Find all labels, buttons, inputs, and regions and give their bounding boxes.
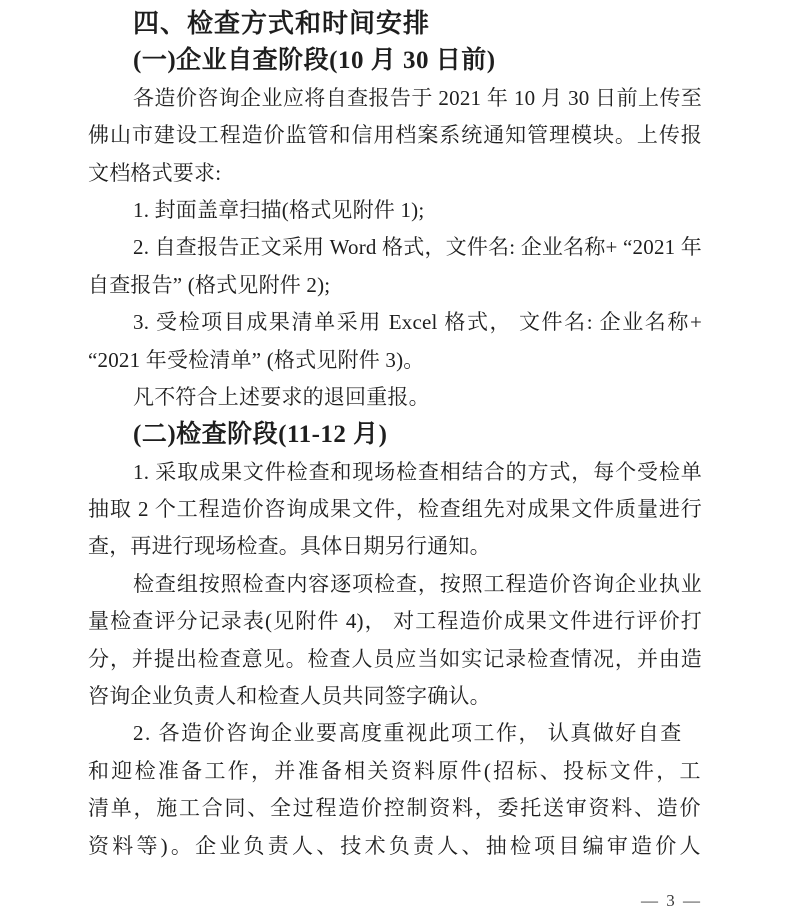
paragraph-line: 量检查评分记录表(见附件 4)， 对工程造价成果文件进行评价打 (88, 603, 702, 640)
paragraph-line: 1. 采取成果文件检查和现场检查相结合的方式，每个受检单位 (88, 454, 702, 491)
document-page: 四、检查方式和时间安排 (一)企业自查阶段(10 月 30 日前) 各造价咨询企… (0, 0, 794, 920)
paragraph-line: 佛山市建设工程造价监管和信用档案系统通知管理模块。上传报送 (88, 117, 702, 154)
document-body: 四、检查方式和时间安排 (一)企业自查阶段(10 月 30 日前) 各造价咨询企… (88, 5, 702, 865)
list-item-2: 2. 自查报告正文采用 Word 格式，文件名: 企业名称+ “2021 年 (88, 229, 702, 266)
paragraph-line: 2. 各造价咨询企业要高度重视此项工作， 认真做好自查 (88, 715, 702, 752)
sub-heading-self-check: (一)企业自查阶段(10 月 30 日前) (88, 42, 702, 79)
paragraph-line: 自查报告” (格式见附件 2); (88, 267, 702, 304)
paragraph-line: 各造价咨询企业应将自查报告于 2021 年 10 月 30 日前上传至 (88, 80, 702, 117)
paragraph-line: 清单，施工合同、全过程造价控制资料，委托送审资料、造价审核 (88, 790, 702, 827)
list-item-1: 1. 封面盖章扫描(格式见附件 1); (88, 192, 702, 229)
paragraph-line: 检查组按照检查内容逐项检查，按照工程造价咨询企业执业质 (88, 566, 702, 603)
paragraph-line: 查，再进行现场检查。具体日期另行通知。 (88, 528, 702, 565)
paragraph-line: 凡不符合上述要求的退回重报。 (88, 379, 702, 416)
paragraph-line: 分，并提出检查意见。检查人员应当如实记录检查情况，并由造价 (88, 641, 702, 678)
paragraph-line: 资料等)。企业负责人、技术负责人、抽检项目编审造价人员、立 (88, 828, 702, 865)
paragraph-line: 和迎检准备工作，并准备相关资料原件(招标、投标文件，工程量 (88, 753, 702, 790)
list-item-3: 3. 受检项目成果清单采用 Excel 格式， 文件名: 企业名称+ (88, 304, 702, 341)
page-number: — 3 — (88, 891, 702, 911)
paragraph-line: 咨询企业负责人和检查人员共同签字确认。 (88, 678, 702, 715)
paragraph-line: 抽取 2 个工程造价咨询成果文件，检查组先对成果文件质量进行检 (88, 491, 702, 528)
section-heading: 四、检查方式和时间安排 (88, 5, 702, 42)
sub-heading-inspection: (二)检查阶段(11-12 月) (88, 416, 702, 453)
paragraph-line: 文档格式要求: (88, 155, 702, 192)
paragraph-line: “2021 年受检清单” (格式见附件 3)。 (88, 342, 702, 379)
